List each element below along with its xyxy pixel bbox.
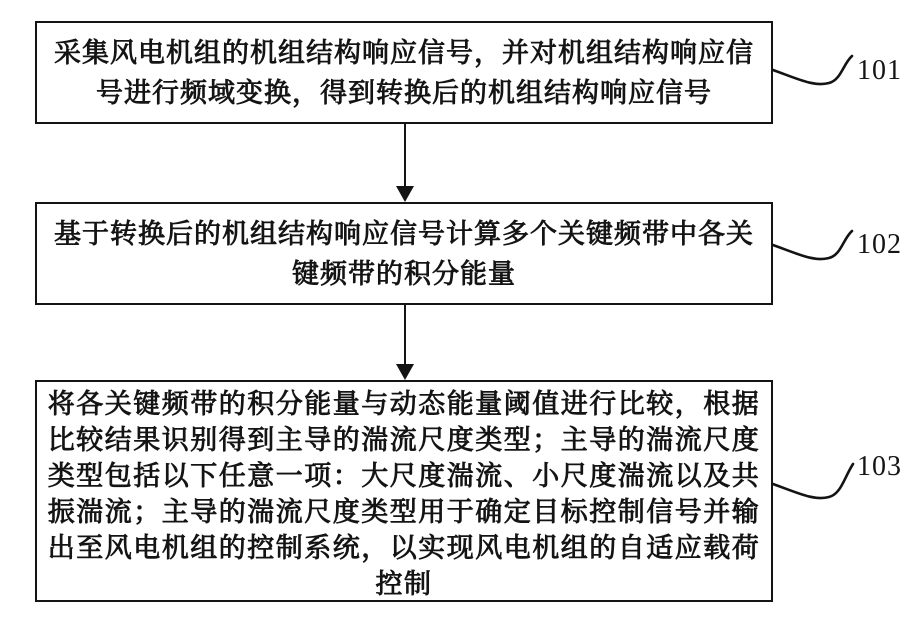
- ref-connector-101: [773, 56, 852, 84]
- ref-connector-102: [773, 231, 852, 259]
- arrow-shaft: [404, 124, 406, 188]
- arrow-shaft: [404, 305, 406, 366]
- step-103-text-line: 出至风电机组的控制系统，以实现风电机组的自适应载荷: [37, 531, 771, 567]
- step-103-text-line: 比较结果识别得到主导的湍流尺度类型；主导的湍流尺度: [37, 423, 771, 459]
- step-box-102: 基于转换后的机组结构响应信号计算多个关键频带中各关 键频带的积分能量: [35, 202, 773, 305]
- ref-connector-103: [773, 464, 853, 498]
- step-103-text-line: 将各关键频带的积分能量与动态能量阈值进行比较，根据: [37, 387, 771, 423]
- step-ref-103: 103: [857, 452, 917, 482]
- flow-arrow-down-1: [396, 124, 414, 202]
- step-ref-102: 102: [857, 230, 917, 260]
- step-103-text-line: 控制: [37, 567, 771, 603]
- step-ref-101: 101: [857, 56, 917, 86]
- step-102-text-line: 基于转换后的机组结构响应信号计算多个关键频带中各关: [37, 215, 771, 255]
- arrow-head: [396, 364, 414, 380]
- flowchart-figure: 采集风电机组的机组结构响应信号，并对机组结构响应信 号进行频域变换，得到转换后的…: [0, 0, 922, 632]
- step-102-text-line: 键频带的积分能量: [37, 255, 771, 295]
- step-box-101: 采集风电机组的机组结构响应信号，并对机组结构响应信 号进行频域变换，得到转换后的…: [35, 21, 773, 124]
- step-101-text-line: 采集风电机组的机组结构响应信号，并对机组结构响应信: [37, 34, 771, 74]
- step-103-text-line: 类型包括以下任意一项：大尺度湍流、小尺度湍流以及共: [37, 459, 771, 495]
- step-103-text-line: 振湍流；主导的湍流尺度类型用于确定目标控制信号并输: [37, 495, 771, 531]
- flow-arrow-down-2: [396, 305, 414, 380]
- step-101-text-line: 号进行频域变换，得到转换后的机组结构响应信号: [37, 74, 771, 114]
- arrow-head: [396, 186, 414, 202]
- step-box-103: 将各关键频带的积分能量与动态能量阈值进行比较，根据 比较结果识别得到主导的湍流尺…: [35, 380, 773, 602]
